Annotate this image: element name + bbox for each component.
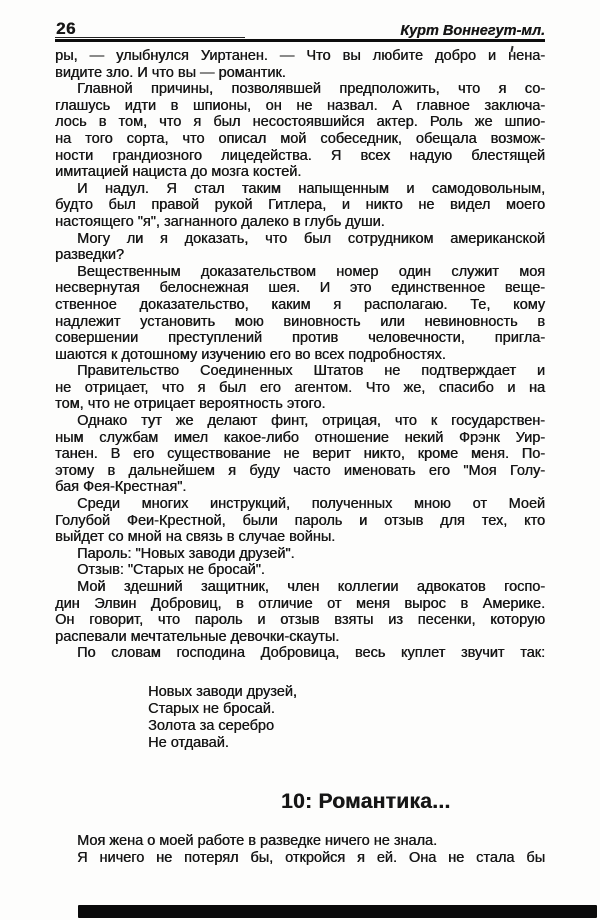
text-line: ры, — улыбнулся Уиртанен. — Что вы любит… [55, 48, 545, 65]
text-line: бая Фея-Крестная". [55, 479, 545, 496]
text-line: Я ничего не потерял бы, откройся я ей. О… [55, 850, 545, 867]
text-line: на того сорта, что описал мой собеседник… [55, 131, 545, 148]
text-line: танен. В его существование не верит никт… [55, 446, 545, 463]
poem-block: Новых заводи друзей, Старых не бросай. З… [148, 684, 297, 752]
page-number: 26 [56, 19, 76, 39]
text-line: том, что не отрицает вероятность этого. [55, 396, 545, 413]
scan-artifact-bar [78, 905, 597, 918]
text-line: дин Элвин Добровиц, в отличие от меня вы… [55, 596, 545, 613]
poem-line: Старых не бросай. [148, 701, 297, 718]
running-head: Курт Воннегут-мл. [400, 23, 545, 39]
text-line: этому в дальнейшем я буду часто именоват… [55, 463, 545, 480]
text-line: не отрицает, что я был его агентом. Что … [55, 380, 545, 397]
text-line: распевали мечтательные девочки-скауты. [55, 629, 545, 646]
text-line: лось в том, что я был несостоявшийся акт… [55, 114, 545, 131]
book-page: 26 Курт Воннегут-мл. ры, — улыбнулся Уир… [0, 0, 600, 920]
text-line: Правительство Соединенных Штатов не подт… [55, 363, 545, 380]
text-line: разведки? [55, 247, 545, 264]
text-line: Среди многих инструкций, полученных мною… [55, 496, 545, 513]
text-line: глашусь идти в шпионы, он не назвал. А г… [55, 98, 545, 115]
chapter-heading: 10: Романтика... [281, 790, 451, 814]
poem-line: Новых заводи друзей, [148, 684, 297, 701]
text-line: выйдет со мной на связь в случае войны. [55, 529, 545, 546]
body-text-after-heading: Моя жена о моей работе в разведке ничего… [55, 833, 545, 867]
body-text: ры, — улыбнулся Уиртанен. — Что вы любит… [55, 48, 545, 662]
text-line: будто был правой рукой Гитлера, и никто … [55, 197, 545, 214]
text-line: Мой здешний защитник, член коллегии адво… [55, 579, 545, 596]
text-line: ственное доказательство, каким я распола… [55, 297, 545, 314]
text-line: Однако тут же делают финт, отрицая, что … [55, 413, 545, 430]
poem-line: Золота за серебро [148, 718, 297, 735]
text-line: Моя жена о моей работе в разведке ничего… [55, 833, 545, 850]
text-line: видите зло. И что вы — романтик. [55, 65, 545, 82]
header-rule [55, 39, 545, 42]
text-line: Могу ли я доказать, что был сотрудником … [55, 231, 545, 248]
text-line: По словам господина Добровица, весь купл… [55, 645, 545, 662]
text-line: Отзыв: "Старых не бросай". [55, 562, 545, 579]
text-line: совершении преступлений против человечно… [55, 330, 545, 347]
text-line: имитацией нациста до мозга костей. [55, 164, 545, 181]
text-line: настоящего "я", загнанного далеко в глуб… [55, 214, 545, 231]
text-line: надлежит установить мою виновность или н… [55, 314, 545, 331]
text-line: Голубой Феи-Крестной, были пароль и отзы… [55, 513, 545, 530]
text-line: ности грандиозного лицедейства. Я всех н… [55, 148, 545, 165]
text-line: несвернутая белоснежная шея. И это единс… [55, 280, 545, 297]
text-line: ным службам имел какое-либо отношение не… [55, 430, 545, 447]
text-line: Он говорит, что пароль и отзыв взяты из … [55, 612, 545, 629]
text-line: Пароль: "Новых заводи друзей". [55, 546, 545, 563]
text-line: Главной причины, позволявшей предположит… [55, 81, 545, 98]
text-line: шаются к дотошному изучению его во всех … [55, 347, 545, 364]
text-line: Вещественным доказательством номер один … [55, 264, 545, 281]
poem-line: Не отдавай. [148, 735, 297, 752]
text-line: И надул. Я стал таким напыщенным и самод… [55, 181, 545, 198]
